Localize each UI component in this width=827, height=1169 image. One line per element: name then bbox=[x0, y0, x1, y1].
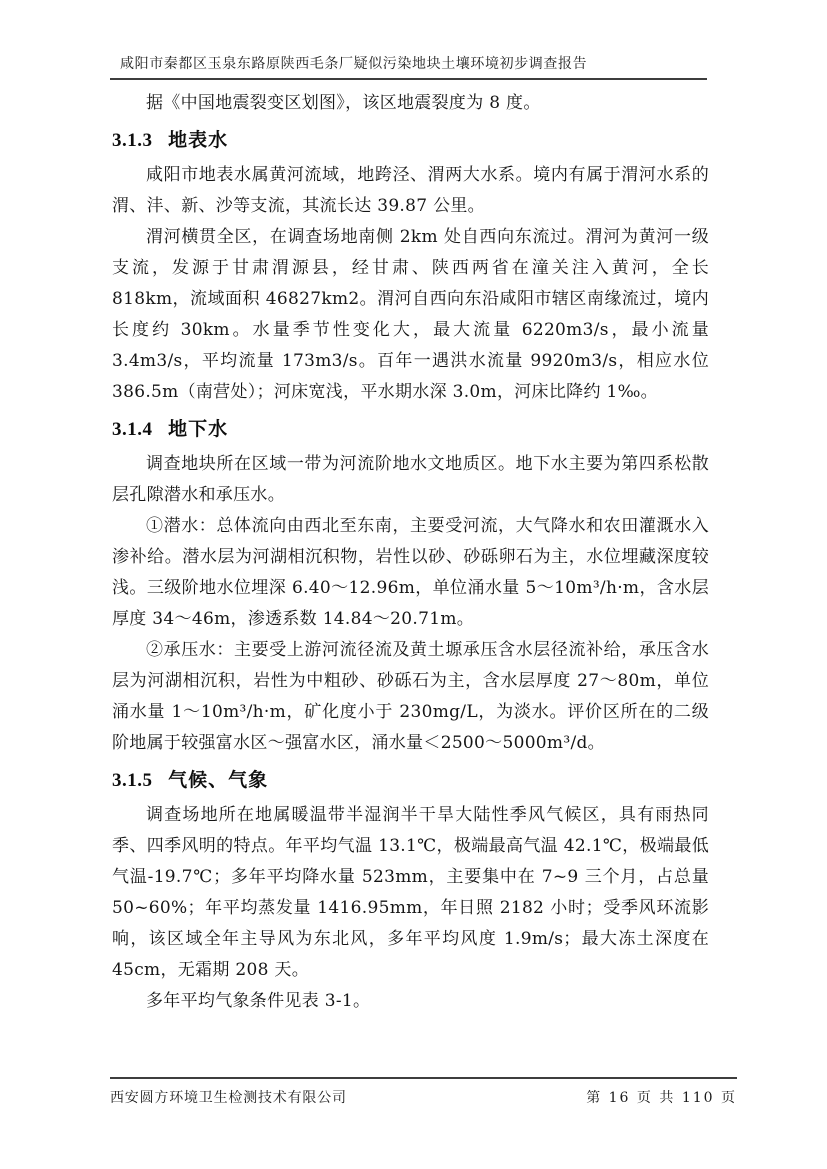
paragraph-confined-water: ②承压水：主要受上游河流径流及黄土塬承压含水层径流补给，承压含水层为河湖相沉积，… bbox=[112, 635, 709, 759]
section-title: 气候、气象 bbox=[168, 769, 268, 791]
paragraph-weihe-river: 渭河横贯全区，在调查场地南侧 2km 处自西向东流过。渭河为黄河一级支流，发源于… bbox=[112, 222, 709, 408]
section-heading-groundwater: 3.1.4 地下水 bbox=[112, 414, 709, 445]
section-heading-climate: 3.1.5 气候、气象 bbox=[112, 765, 709, 796]
section-number: 3.1.3 bbox=[112, 130, 153, 151]
section-heading-surface-water: 3.1.3 地表水 bbox=[112, 125, 709, 156]
document-page: 咸阳市秦都区玉泉东路原陕西毛条厂疑似污染地块土壤环境初步调查报告 据《中国地震裂… bbox=[0, 0, 827, 1169]
section-title: 地表水 bbox=[168, 129, 228, 151]
paragraph-groundwater-overview: 调查地块所在区域一带为河流阶地水文地质区。地下水主要为第四系松散层孔隙潜水和承压… bbox=[112, 449, 709, 511]
page-footer: 西安圆方环境卫生检测技术有限公司 第 16 页 共 110 页 bbox=[110, 1077, 737, 1107]
section-number: 3.1.4 bbox=[112, 419, 153, 440]
paragraph-seismic-intensity: 据《中国地震裂变区划图》，该区地震裂度为 8 度。 bbox=[112, 88, 709, 119]
page-header: 咸阳市秦都区玉泉东路原陕西毛条厂疑似污染地块土壤环境初步调查报告 bbox=[110, 53, 707, 80]
section-number: 3.1.5 bbox=[112, 770, 153, 791]
document-body: 据《中国地震裂变区划图》，该区地震裂度为 8 度。 3.1.3 地表水 咸阳市地… bbox=[112, 88, 709, 1017]
paragraph-meteorology-table-reference: 多年平均气象条件见表 3-1。 bbox=[112, 986, 709, 1017]
paragraph-climate-overview: 调查场地所在地属暖温带半湿润半干旱大陆性季风气候区，具有雨热同季、四季风明的特点… bbox=[112, 800, 709, 986]
footer-company-name: 西安圆方环境卫生检测技术有限公司 bbox=[110, 1087, 347, 1107]
footer-page-number: 第 16 页 共 110 页 bbox=[586, 1087, 737, 1107]
header-title: 咸阳市秦都区玉泉东路原陕西毛条厂疑似污染地块土壤环境初步调查报告 bbox=[110, 53, 707, 73]
section-title: 地下水 bbox=[168, 418, 228, 440]
paragraph-phreatic-water: ①潜水：总体流向由西北至东南，主要受河流，大气降水和农田灌溉水入渗补给。潜水层为… bbox=[112, 511, 709, 635]
paragraph-surface-water-overview: 咸阳市地表水属黄河流域，地跨泾、渭两大水系。境内有属于渭河水系的渭、沣、新、沙等… bbox=[112, 160, 709, 222]
